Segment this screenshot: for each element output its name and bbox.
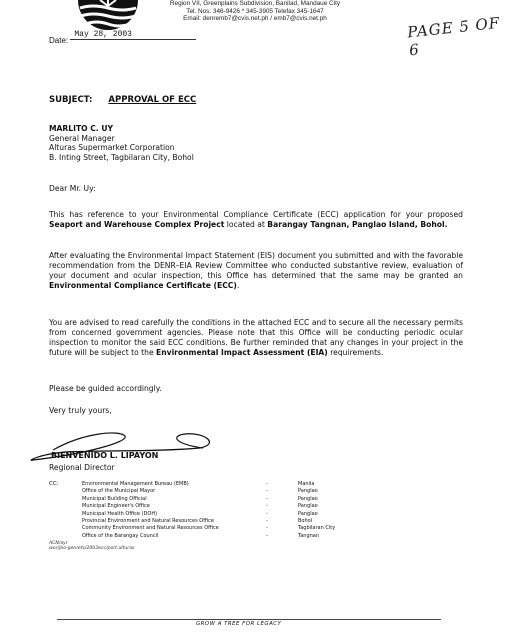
cc-label: CC: [49,481,59,487]
addressee-company: Alturas Supermarket Corporation [49,143,194,153]
cc-place: Panglao [298,496,335,503]
paragraph-reference: This has reference to your Environmental… [49,210,463,230]
subject-line: SUBJECT: APPROVAL OF ECC [49,95,196,105]
date-row: Date: May 28, 2003 [49,34,196,45]
letterhead-line: Tel. Nos. 346-9426 * 345-3905 Telefax 34… [140,8,370,16]
addressee-address: B. Inting Street, Tagbilaran City, Bohol [49,153,194,163]
cc-place: Panglao [298,503,335,510]
project-location: Barangay Tangnan, Panglao Island, Bohol. [267,220,447,229]
guidance-line: Please be guided accordingly. [49,384,162,393]
salutation: Dear Mr. Uy: [49,184,96,193]
cc-place: Bohol [298,518,335,525]
paragraph-text: located at [224,220,267,229]
certificate-name: Environmental Compliance Certificate (EC… [49,281,237,290]
denr-emb-logo-icon [78,0,138,32]
cc-office: Environmental Management Bureau (EMB) [82,481,219,488]
paragraph-evaluation: After evaluating the Environmental Impac… [49,251,463,291]
cc-separators: -------- [266,481,268,540]
closing: Very truly yours, [49,406,112,415]
paragraph-advisory: You are advised to read carefully the co… [49,318,463,358]
cc-offices: Environmental Management Bureau (EMB) Of… [82,481,219,540]
letterhead-line: Region VII, Greenplains Subdivision, Ban… [140,0,370,8]
paragraph-text: requirements. [328,348,384,357]
cc-place: Manila [298,481,335,488]
footer-slogan: GROW A TREE FOR LEGACY [196,621,281,627]
project-name: Seaport and Warehouse Complex Project [49,220,224,229]
cc-office: Municipal Health Office (DOH) [82,511,219,518]
subject-label: SUBJECT: [49,95,92,105]
cc-place: Panglao [298,488,335,495]
cc-place: Tagbilaran City [298,525,335,532]
file-reference: wor/jbo-gen/ets/2003ecc/port.alturas [49,546,134,551]
cc-office: Municipal Building Official [82,496,219,503]
cc-place: Tangnan [298,533,335,540]
signer-title: Regional Director [49,463,115,472]
paragraph-text: . [237,281,239,290]
addressee-block: MARLITO C. UY General Manager Alturas Su… [49,124,194,162]
cc-office: Municipal Engineer's Office [82,503,219,510]
cc-office: Provincial Environment and Natural Resou… [82,518,219,525]
addressee-title: General Manager [49,134,194,144]
signature-icon [25,420,215,468]
subject-value: APPROVAL OF ECC [108,95,196,105]
cc-places: Manila Panglao Panglao Panglao Panglao B… [298,481,335,540]
date-value: May 28, 2003 [70,30,196,40]
addressee-name: MARLITO C. UY [49,124,194,134]
footer-divider [57,619,441,620]
paragraph-text: After evaluating the Environmental Impac… [49,251,463,280]
handwritten-page-note: PAGE 5 OF 6 [406,13,512,60]
reference-initials: ACN/ayr wor/jbo-gen/ets/2003ecc/port.alt… [49,541,134,551]
signer-name: BIENVENIDO L. LIPAYON [51,451,158,460]
date-label: Date: [49,36,68,45]
letterhead: Region VII, Greenplains Subdivision, Ban… [140,0,370,23]
paragraph-text: This has reference to your Environmental… [49,210,463,219]
cc-place: Panglao [298,511,335,518]
cc-office: Office of the Municipal Mayor [82,488,219,495]
cc-office: Community Environment and Natural Resour… [82,525,219,532]
eia-requirement: Environmental Impact Assessment (EIA) [156,348,328,357]
cc-office: Office of the Barangay Council [82,533,219,540]
letterhead-line: Email: denremb7@cvis.net.ph / emb7@cvis.… [140,15,370,23]
